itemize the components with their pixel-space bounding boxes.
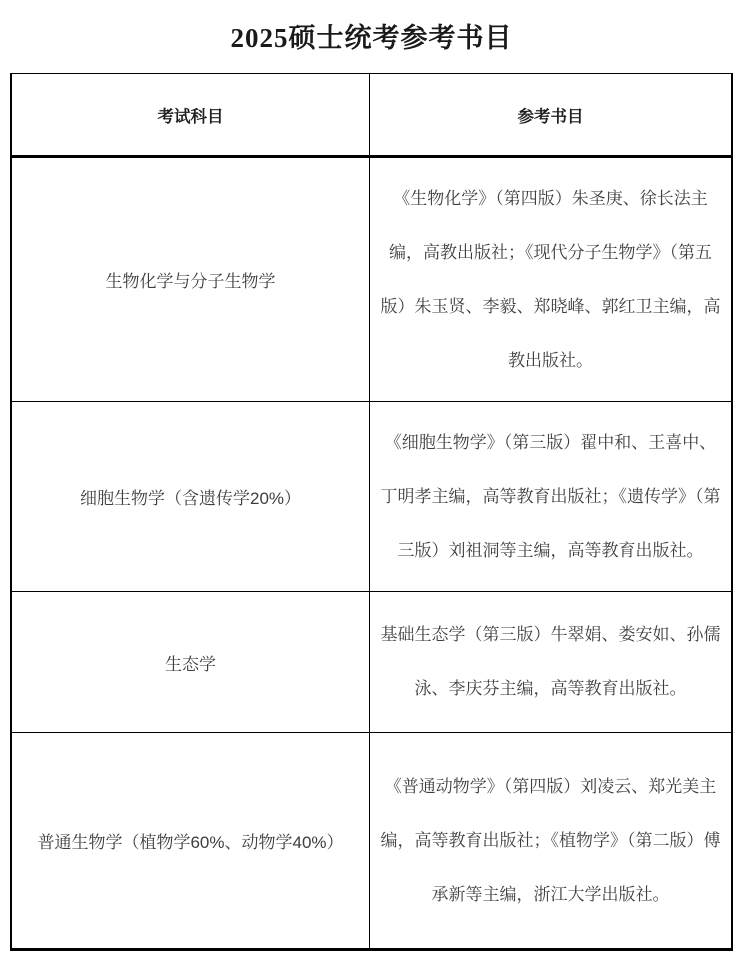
books-cell-biochemistry-molecular-biology: 《生物化学》（第四版）朱圣庚、徐长法主编，高教出版社；《现代分子生物学》（第五版… <box>370 158 731 401</box>
subject-cell-biochemistry-molecular-biology: 生物化学与分子生物学 <box>12 158 370 401</box>
books-cell-cell-biology: 《细胞生物学》（第三版）翟中和、王喜中、丁明孝主编，高等教育出版社；《遗传学》（… <box>370 402 731 591</box>
subject-cell-general-biology: 普通生物学（植物学60%、动物学40%） <box>12 733 370 948</box>
table-row: 生态学 基础生态学（第三版）牛翠娟、娄安如、孙儒泳、李庆芬主编，高等教育出版社。 <box>12 592 731 733</box>
table-row: 生物化学与分子生物学 《生物化学》（第四版）朱圣庚、徐长法主编，高教出版社；《现… <box>12 158 731 402</box>
subject-cell-cell-biology: 细胞生物学（含遗传学20%） <box>12 402 370 591</box>
page-title: 2025硕士统考参考书目 <box>0 16 743 55</box>
header-cell-reference-books: 参考书目 <box>370 74 731 155</box>
table-row: 普通生物学（植物学60%、动物学40%） 《普通动物学》（第四版）刘凌云、郑光美… <box>12 733 731 948</box>
document-page: 2025硕士统考参考书目 考试科目 参考书目 生物化学与分子生物学 《生物化学》… <box>0 0 743 975</box>
header-cell-exam-subject: 考试科目 <box>12 74 370 155</box>
subject-cell-ecology: 生态学 <box>12 592 370 732</box>
books-cell-general-biology: 《普通动物学》（第四版）刘凌云、郑光美主编，高等教育出版社；《植物学》（第二版）… <box>370 733 731 948</box>
books-cell-ecology: 基础生态学（第三版）牛翠娟、娄安如、孙儒泳、李庆芬主编，高等教育出版社。 <box>370 592 731 732</box>
table-row: 细胞生物学（含遗传学20%） 《细胞生物学》（第三版）翟中和、王喜中、丁明孝主编… <box>12 402 731 592</box>
reference-book-table: 考试科目 参考书目 生物化学与分子生物学 《生物化学》（第四版）朱圣庚、徐长法主… <box>10 73 733 951</box>
table-header-row: 考试科目 参考书目 <box>12 74 731 158</box>
